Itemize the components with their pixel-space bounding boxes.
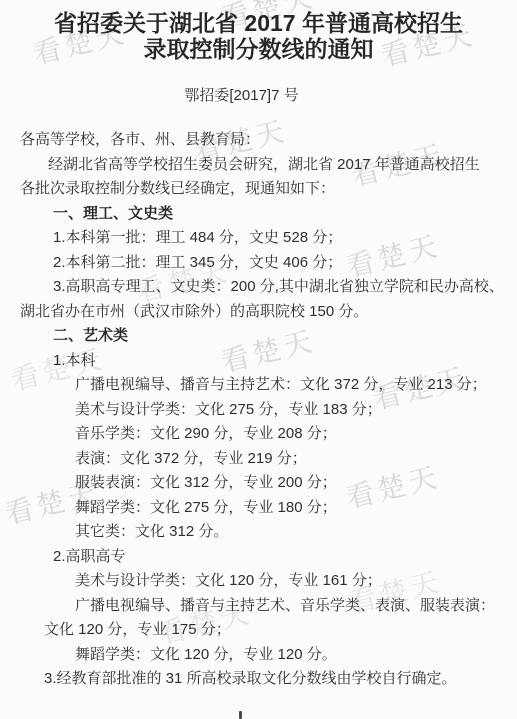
document-line-art-undergrad: 1.本科 <box>20 349 497 374</box>
document-page: 看楚天 看楚天 看楚天 看楚天 看楚天 看楚天 看楚天 看楚天 看楚天 看楚天 … <box>0 0 517 719</box>
document-line-fashion-show: 服装表演：文化 312 分，专业 200 分； <box>20 471 497 496</box>
document-line-moe-approved: 3.经教育部批准的 31 所高校录取文化分数线由学校自行确定。 <box>20 667 497 692</box>
document-line-intro-2: 各批次录取控制分数线已经确定，现通知如下： <box>20 177 497 202</box>
document-line-performance: 表演：文化 372 分，专业 219 分； <box>20 447 497 472</box>
document-line-other: 其它类：文化 312 分。 <box>20 520 497 545</box>
document-line-salutation: 各高等学校，各市、州、县教育局： <box>20 128 497 153</box>
document-line-fine-arts: 美术与设计学类：文化 275 分，专业 183 分； <box>20 398 497 423</box>
document-section-1-heading: 一、理工、文史类 <box>20 202 497 227</box>
document-section-2-heading: 二、艺术类 <box>20 324 497 349</box>
document-line-voc-broadcast-2: 文化 120 分，专业 175 分； <box>20 618 497 643</box>
document-line-broadcast: 广播电视编导、播音与主持艺术：文化 372 分，专业 213 分； <box>20 373 497 398</box>
document-line-music: 音乐学类：文化 290 分，专业 208 分； <box>20 422 497 447</box>
document-title: 省招委关于湖北省 2017 年普通高校招生 录取控制分数线的通知 <box>26 10 491 62</box>
document-line-vocational-2: 湖北省办在市州（武汉市除外）的高职院校 150 分。 <box>20 300 497 325</box>
document-line-voc-dance: 舞蹈学类：文化 120 分，专业 120 分。 <box>20 643 497 668</box>
document-line-tier2: 2.本科第二批：理工 345 分，文史 406 分； <box>20 251 497 276</box>
document-line-art-vocational: 2.高职高专 <box>20 545 497 570</box>
document-line-voc-fine-arts: 美术与设计学类：文化 120 分，专业 161 分； <box>20 569 497 594</box>
document-title-line1: 省招委关于湖北省 2017 年普通高校招生 <box>26 10 491 36</box>
cut-off-character-mark <box>239 711 242 719</box>
document-line-voc-broadcast-1: 广播电视编导、播音与主持艺术、音乐学类、表演、服装表演： <box>20 594 497 619</box>
document-number: 鄂招委[2017]7 号 <box>3 86 480 106</box>
document-line-dance: 舞蹈学类：文化 275 分，专业 180 分； <box>20 496 497 521</box>
document-line-intro-1: 经湖北省高等学校招生委员会研究，湖北省 2017 年普通高校招生 <box>20 153 497 178</box>
document-title-line2: 录取控制分数线的通知 <box>26 36 491 62</box>
document-body: 各高等学校，各市、州、县教育局： 经湖北省高等学校招生委员会研究，湖北省 201… <box>20 128 497 692</box>
document-line-vocational-1: 3.高职高专理工、文史类：200 分,其中湖北省独立学院和民办高校、 <box>20 275 497 300</box>
document-content: 省招委关于湖北省 2017 年普通高校招生 录取控制分数线的通知 鄂招委[201… <box>0 10 517 692</box>
document-line-tier1: 1.本科第一批：理工 484 分，文史 528 分； <box>20 226 497 251</box>
